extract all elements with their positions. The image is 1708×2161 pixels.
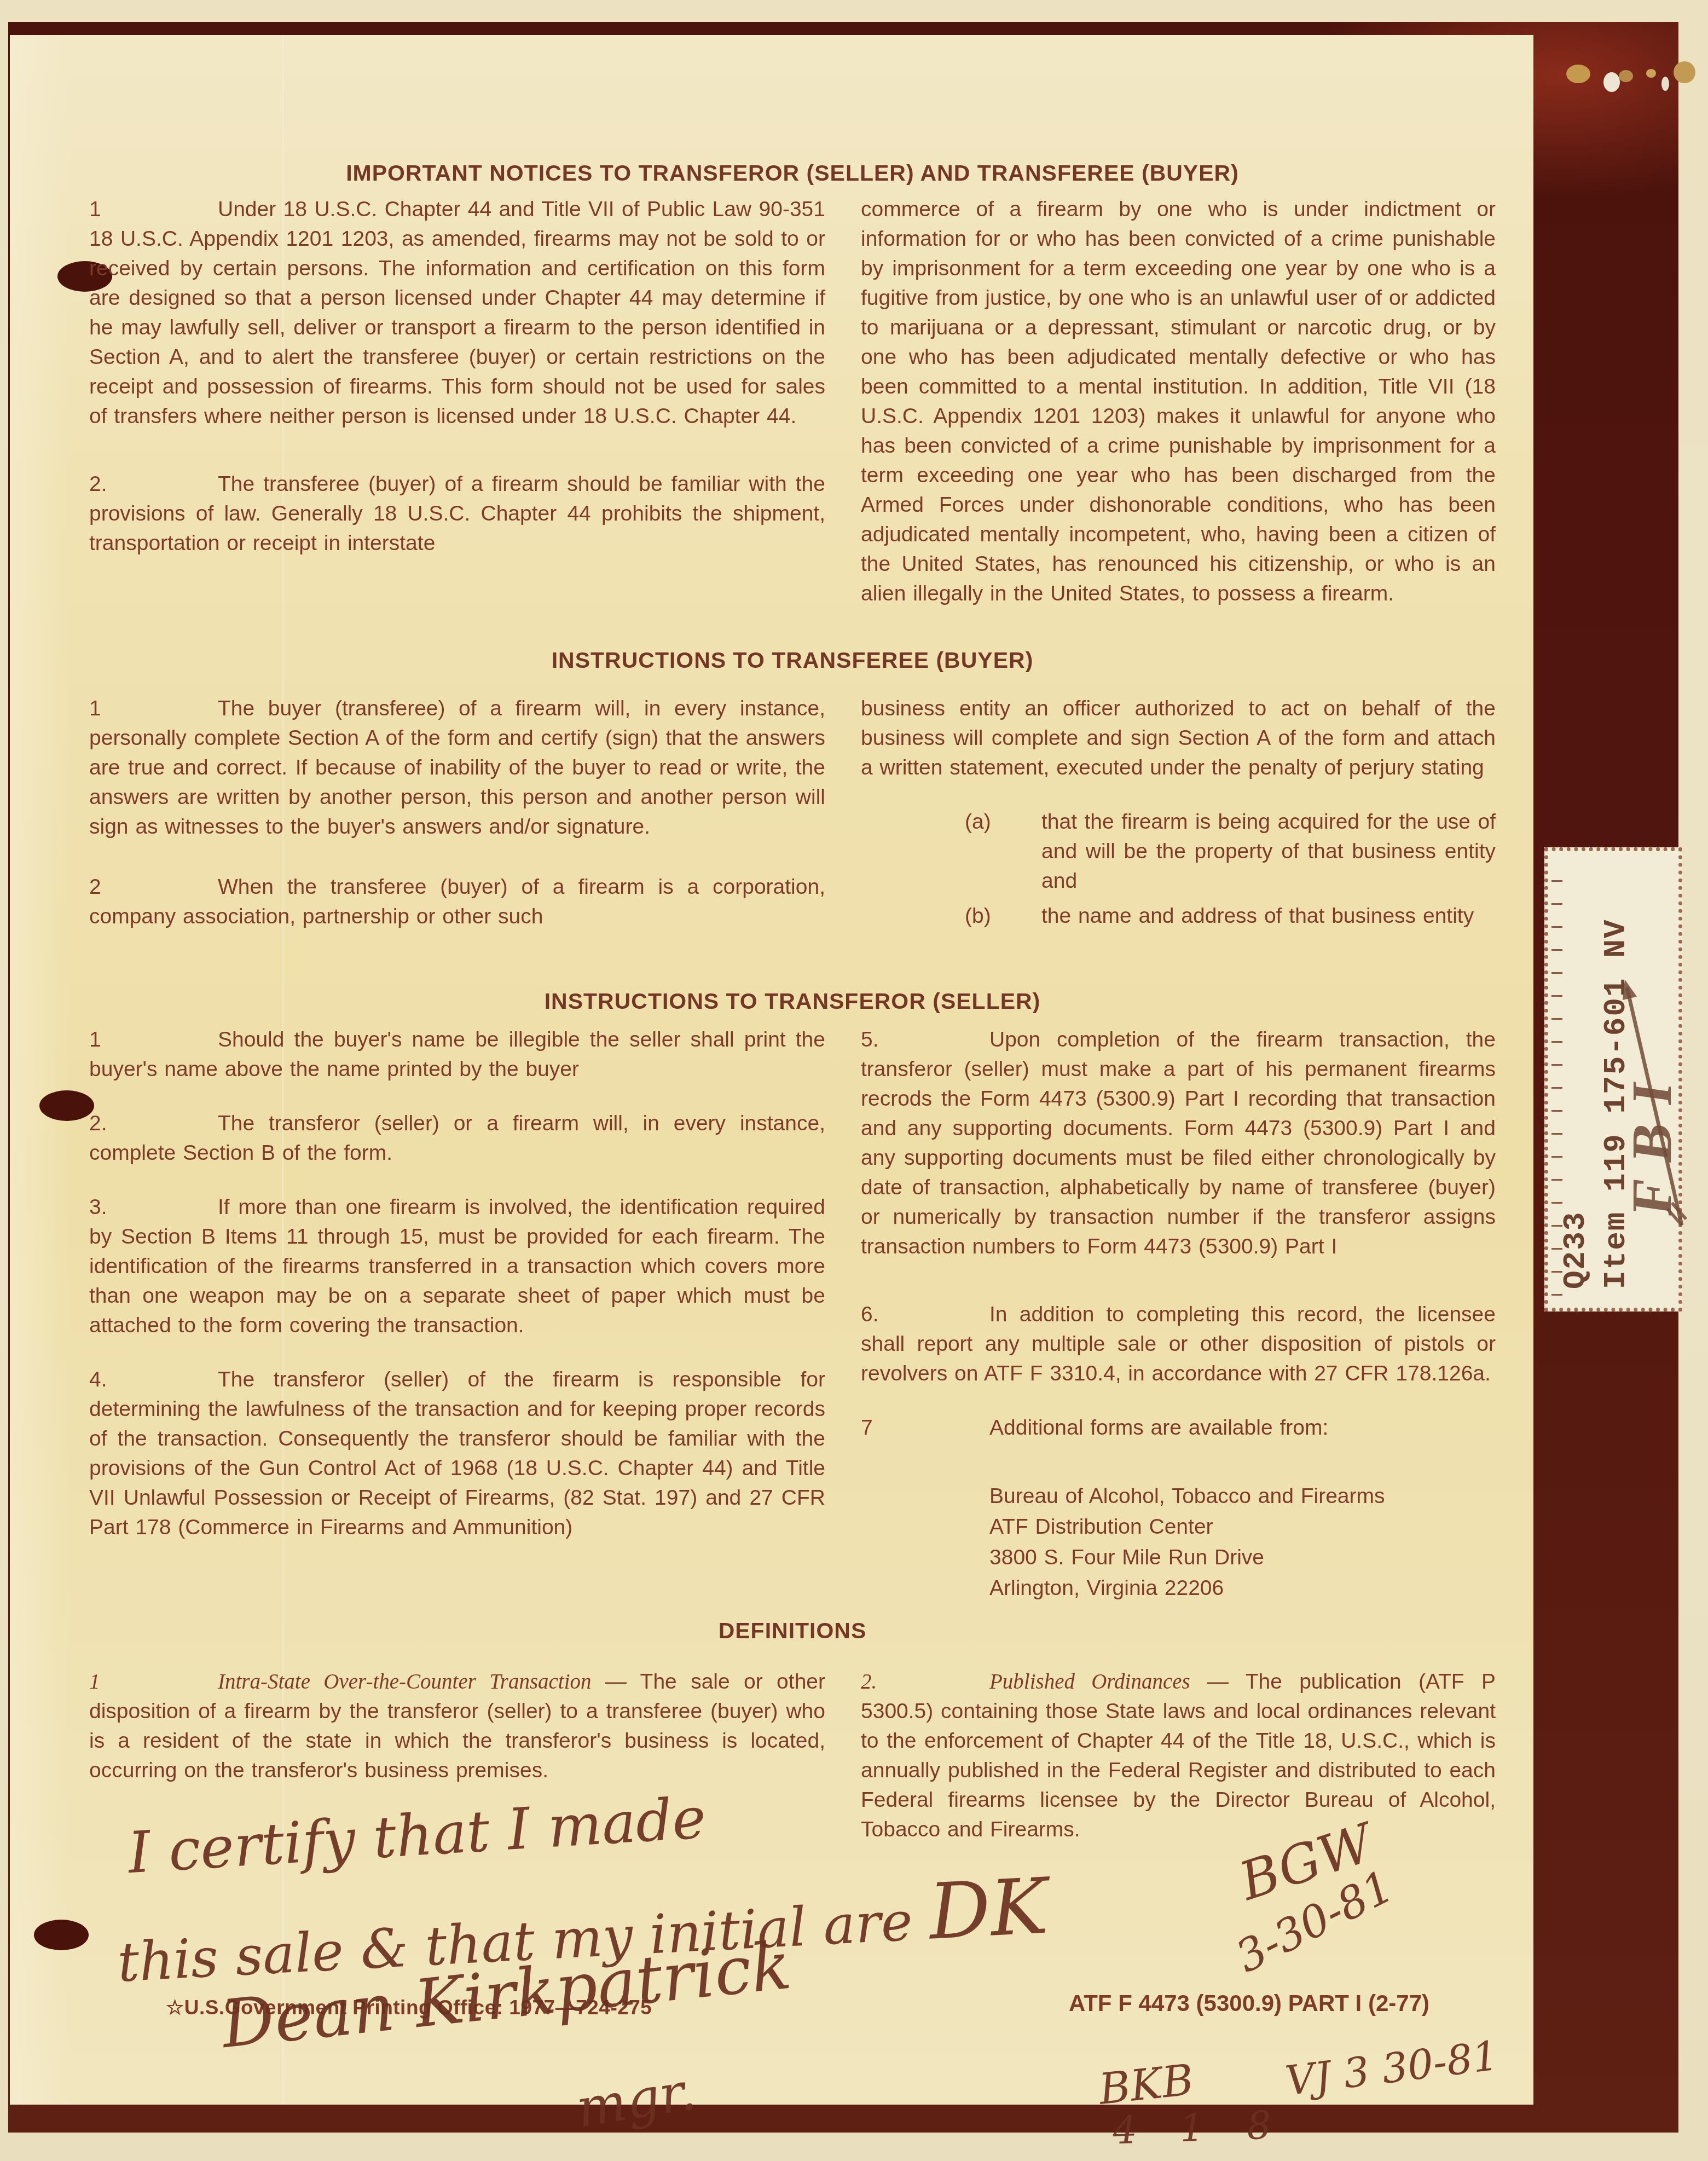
item-text: that the firearm is being acquired for t… bbox=[1041, 810, 1496, 893]
transferor-left-column: 1Should the buyer's name be illegible th… bbox=[89, 1025, 825, 1604]
transferee-item-2: 2When the transferee (buyer) of a firear… bbox=[89, 873, 825, 932]
notices-left-column: 1Under 18 U.S.C. Chapter 44 and Title VI… bbox=[89, 195, 825, 609]
item-number: 6. bbox=[861, 1300, 879, 1330]
damage-speck bbox=[1646, 69, 1656, 78]
atf-address-line: ATF Distribution Center bbox=[989, 1512, 1496, 1542]
handwritten-initials-dk: DK bbox=[927, 1862, 1050, 1957]
punch-hole bbox=[39, 1090, 94, 1121]
fbi-stamp-arrow-icon bbox=[1615, 968, 1692, 1236]
section-instructions-transferee: 1The buyer (transferee) of a firearm wil… bbox=[89, 694, 1496, 932]
handwritten-numbers-note: 4 1 8 bbox=[1112, 2102, 1288, 2153]
definition-separator: — bbox=[1190, 1670, 1246, 1694]
item-number: 4. bbox=[89, 1365, 107, 1395]
notice-item-2: 2.The transferee (buyer) of a firearm sh… bbox=[89, 470, 825, 558]
transferee-left-column: 1The buyer (transferee) of a firearm wil… bbox=[89, 694, 825, 932]
transferee-subitem-b: (b)the name and address of that business… bbox=[861, 902, 1496, 931]
transferor-item-4: 4.The transferor (seller) of the firearm… bbox=[89, 1365, 825, 1542]
heading-definitions: DEFINITIONS bbox=[89, 1618, 1496, 1644]
heading-important-notices: IMPORTANT NOTICES TO TRANSFEROR (SELLER)… bbox=[89, 160, 1496, 186]
item-text: In addition to completing this record, t… bbox=[861, 1303, 1496, 1385]
item-text: the name and address of that business en… bbox=[1041, 904, 1474, 928]
item-letter: (b) bbox=[965, 902, 991, 931]
item-number: 2. bbox=[89, 470, 107, 499]
atf-address-line: Bureau of Alcohol, Tobacco and Firearms bbox=[989, 1481, 1496, 1512]
definition-item-1: 1Intra-State Over-the-Counter Transactio… bbox=[89, 1667, 825, 1786]
notice-item-1: 1Under 18 U.S.C. Chapter 44 and Title VI… bbox=[89, 195, 825, 431]
item-number: 2. bbox=[861, 1667, 877, 1697]
fbi-stamp: FBI bbox=[1624, 991, 1684, 1218]
damage-speck bbox=[1661, 77, 1669, 91]
definition-item-2: 2.Published Ordinances — The publication… bbox=[861, 1667, 1496, 1845]
heading-instructions-transferee: INSTRUCTIONS TO TRANSFEREE (BUYER) bbox=[89, 648, 1496, 673]
item-number: 5. bbox=[861, 1025, 879, 1055]
item-number: 3. bbox=[89, 1193, 107, 1222]
handwritten-vj-note: VJ 3 30-81 bbox=[1283, 2032, 1501, 2105]
item-number: 7 bbox=[861, 1413, 873, 1443]
definition-term: Published Ordinances bbox=[989, 1670, 1190, 1694]
transferee-right-column: business entity an officer authorized to… bbox=[861, 694, 1496, 932]
evidence-label-face: Q233 Item 119 175-601 NV FBI bbox=[1544, 847, 1682, 1311]
definition-separator: — bbox=[592, 1670, 640, 1694]
fbi-evidence-label: Q233 Item 119 175-601 NV FBI bbox=[1544, 847, 1682, 1311]
item-text: The transferee (buyer) of a firearm shou… bbox=[89, 472, 825, 555]
transferee-continuation-text: business entity an officer authorized to… bbox=[861, 694, 1496, 783]
item-number: 1 bbox=[89, 694, 101, 724]
item-text: The buyer (transferee) of a firearm will… bbox=[89, 697, 825, 839]
damage-speck bbox=[1619, 70, 1633, 82]
transferor-item-6: 6.In addition to completing this record,… bbox=[861, 1300, 1496, 1389]
transferor-item-7: 7Additional forms are available from: bbox=[861, 1413, 1496, 1443]
item-number: 2 bbox=[89, 873, 101, 902]
transferor-item-5: 5.Upon completion of the firearm transac… bbox=[861, 1025, 1496, 1262]
atf-address-line: 3800 S. Four Mile Run Drive bbox=[989, 1542, 1496, 1573]
transferor-item-2: 2.The transferor (seller) or a firearm w… bbox=[89, 1109, 825, 1168]
definition-text: The publication (ATF P 5300.5) containin… bbox=[861, 1670, 1496, 1841]
item-text: Under 18 U.S.C. Chapter 44 and Title VII… bbox=[89, 198, 825, 428]
notices-right-column: commerce of a firearm by one who is unde… bbox=[861, 195, 1496, 609]
item-text: The transferor (seller) or a firearm wil… bbox=[89, 1112, 825, 1165]
damage-speck bbox=[1566, 65, 1590, 83]
section-important-notices: 1Under 18 U.S.C. Chapter 44 and Title VI… bbox=[89, 195, 1496, 609]
evidence-label-specimen-number: Q233 bbox=[1558, 1211, 1593, 1289]
item-text: If more than one firearm is involved, th… bbox=[89, 1195, 825, 1337]
transferee-item-1: 1The buyer (transferee) of a firearm wil… bbox=[89, 694, 825, 842]
transferee-subitem-a: (a)that the firearm is being acquired fo… bbox=[861, 807, 1496, 896]
item-number: 2. bbox=[89, 1109, 107, 1139]
transferor-item-3: 3.If more than one firearm is involved, … bbox=[89, 1193, 825, 1340]
punch-hole bbox=[34, 1920, 89, 1950]
transferor-right-column: 5.Upon completion of the firearm transac… bbox=[861, 1025, 1496, 1604]
section-instructions-transferor: 1Should the buyer's name be illegible th… bbox=[89, 1025, 1496, 1604]
damage-speck bbox=[1674, 61, 1695, 83]
definition-term: Intra-State Over-the-Counter Transaction bbox=[218, 1670, 592, 1694]
item-number: 1 bbox=[89, 1025, 101, 1055]
item-letter: (a) bbox=[965, 807, 991, 837]
transferor-item-1: 1Should the buyer's name be illegible th… bbox=[89, 1025, 825, 1084]
atf-address-line: Arlington, Virginia 22206 bbox=[989, 1573, 1496, 1604]
definitions-right-column: 2.Published Ordinances — The publication… bbox=[861, 1667, 1496, 1845]
document-page: IMPORTANT NOTICES TO TRANSFEROR (SELLER)… bbox=[10, 35, 1533, 2105]
photo-of-document: IMPORTANT NOTICES TO TRANSFEROR (SELLER)… bbox=[0, 0, 1708, 2161]
damage-speck bbox=[1603, 72, 1620, 92]
item-text: When the transferee (buyer) of a firearm… bbox=[89, 875, 825, 928]
item-number: 1 bbox=[89, 195, 101, 224]
item-number: 1 bbox=[89, 1667, 100, 1697]
item-text: Should the buyer's name be illegible the… bbox=[89, 1028, 825, 1081]
notice-continuation-text: commerce of a firearm by one who is unde… bbox=[861, 195, 1496, 609]
heading-instructions-transferor: INSTRUCTIONS TO TRANSFEROR (SELLER) bbox=[89, 989, 1496, 1014]
item-text: Additional forms are available from: bbox=[989, 1416, 1328, 1440]
form-number: ATF F 4473 (5300.9) PART I (2-77) bbox=[1069, 1990, 1429, 2016]
item-text: Upon completion of the firearm transacti… bbox=[861, 1028, 1496, 1258]
item-text: The transferor (seller) of the firearm i… bbox=[89, 1368, 825, 1539]
